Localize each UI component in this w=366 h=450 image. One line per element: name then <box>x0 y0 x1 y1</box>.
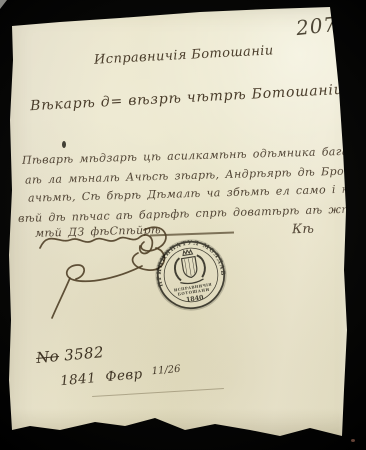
ink-stamp: ПРИНЦИПАТУЛ МОЛДАВІЕИ ИСПРАВНИЧІЯ БОТОША… <box>146 230 235 319</box>
pin-hole <box>62 141 66 148</box>
heading-line-2: Вѣкарѣ д= вѣзрѣ чѣтрѣ Ботошаніи <box>30 82 344 114</box>
heading-line-1: Исправничія Ботошаніи <box>94 43 274 67</box>
registry-number-value: 3582 <box>63 343 104 364</box>
registry-date: 1841 Февр 11/26 <box>60 363 182 389</box>
document-paper: 207 Исправничія Ботошаніи Вѣкарѣ д= вѣзр… <box>0 0 366 450</box>
corner-page-number: 207 <box>295 12 338 40</box>
scan-speck <box>0 0 7 9</box>
handwritten-line: Кѣ <box>292 222 315 238</box>
registry-month: Февр <box>105 366 144 385</box>
stamp-coat-of-arms <box>172 248 207 286</box>
handwritten-line: Пѣварѣ мѣдзарѣ цѣ асилкамѣнѣ одѣмника ба… <box>22 142 366 167</box>
number-sign: No <box>35 347 59 367</box>
scan-speck <box>351 439 355 442</box>
registry-number: No 3582 <box>35 343 104 367</box>
pencil-underline <box>92 388 224 397</box>
stamp-year: 1840 <box>186 294 205 304</box>
handwritten-line: ачѣмѣ, Сѣ бѣрѣ Дѣмалѣ ча збѣмѣ ел само і… <box>28 182 359 204</box>
registry-day-fraction: 11/26 <box>151 364 181 377</box>
photo-background: 207 Исправничія Ботошаніи Вѣкарѣ д= вѣзр… <box>0 0 366 450</box>
registry-year: 1841 <box>60 370 97 389</box>
